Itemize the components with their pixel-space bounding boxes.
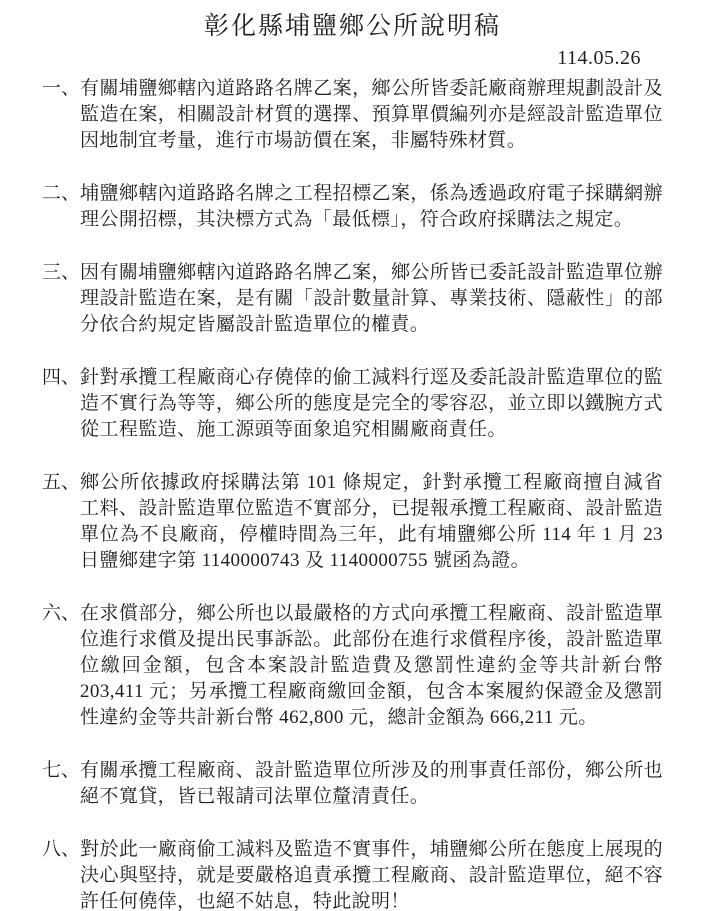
statement-text: 鄉公所依據政府採購法第 101 條規定，針對承攬工程廠商擅自減省工料、設計監造單… [80,470,663,574]
statement-marker: 四、 [42,365,80,391]
statement-text: 對於此一廠商偷工減料及監造不實事件，埔鹽鄉公所在態度上展現的決心與堅持，就是要嚴… [80,837,663,911]
statement-marker: 七、 [42,758,80,784]
statement-marker: 三、 [42,260,80,286]
statement-marker: 六、 [42,601,80,627]
statement-item-6: 六、 在求償部分，鄉公所也以最嚴格的方式向承攬工程廠商、設計監造單位進行求償及提… [42,601,663,731]
document-page: 彰化縣埔鹽鄉公所說明稿 114.05.26 一、 有關埔鹽鄉轄內道路路名牌乙案，… [0,0,701,911]
statement-item-5: 五、 鄉公所依據政府採購法第 101 條規定，針對承攬工程廠商擅自減省工料、設計… [42,470,663,574]
document-date: 114.05.26 [42,46,641,70]
statement-text: 有關埔鹽鄉轄內道路路名牌乙案，鄉公所皆委託廠商辦理規劃設計及監造在案，相關設計材… [80,76,663,154]
statement-text: 在求償部分，鄉公所也以最嚴格的方式向承攬工程廠商、設計監造單位進行求償及提出民事… [80,601,663,731]
statement-text: 埔鹽鄉轄內道路路名牌之工程招標乙案，係為透過政府電子採購網辦理公開招標，其決標方… [80,181,663,233]
document-title: 彰化縣埔鹽鄉公所說明稿 [42,10,663,44]
statement-item-1: 一、 有關埔鹽鄉轄內道路路名牌乙案，鄉公所皆委託廠商辦理規劃設計及監造在案，相關… [42,76,663,154]
statement-item-4: 四、 針對承攬工程廠商心存僥倖的偷工減料行逕及委託設計監造單位的監造不實行為等等… [42,365,663,443]
statement-marker: 一、 [42,76,80,102]
statement-marker: 五、 [42,470,80,496]
statement-text: 針對承攬工程廠商心存僥倖的偷工減料行逕及委託設計監造單位的監造不實行為等等，鄉公… [80,365,663,443]
statement-text: 有關承攬工程廠商、設計監造單位所涉及的刑事責任部份，鄉公所也絕不寬貸，皆已報請司… [80,758,663,810]
statement-text: 因有關埔鹽鄉轄內道路路名牌乙案，鄉公所皆已委託設計監造單位辦理設計監造在案，是有… [80,260,663,338]
statement-marker: 八、 [42,837,80,863]
statement-marker: 二、 [42,181,80,207]
statement-list: 一、 有關埔鹽鄉轄內道路路名牌乙案，鄉公所皆委託廠商辦理規劃設計及監造在案，相關… [42,76,663,911]
statement-item-7: 七、 有關承攬工程廠商、設計監造單位所涉及的刑事責任部份，鄉公所也絕不寬貸，皆已… [42,758,663,810]
statement-item-8: 八、 對於此一廠商偷工減料及監造不實事件，埔鹽鄉公所在態度上展現的決心與堅持，就… [42,837,663,911]
statement-item-2: 二、 埔鹽鄉轄內道路路名牌之工程招標乙案，係為透過政府電子採購網辦理公開招標，其… [42,181,663,233]
statement-item-3: 三、 因有關埔鹽鄉轄內道路路名牌乙案，鄉公所皆已委託設計監造單位辦理設計監造在案… [42,260,663,338]
